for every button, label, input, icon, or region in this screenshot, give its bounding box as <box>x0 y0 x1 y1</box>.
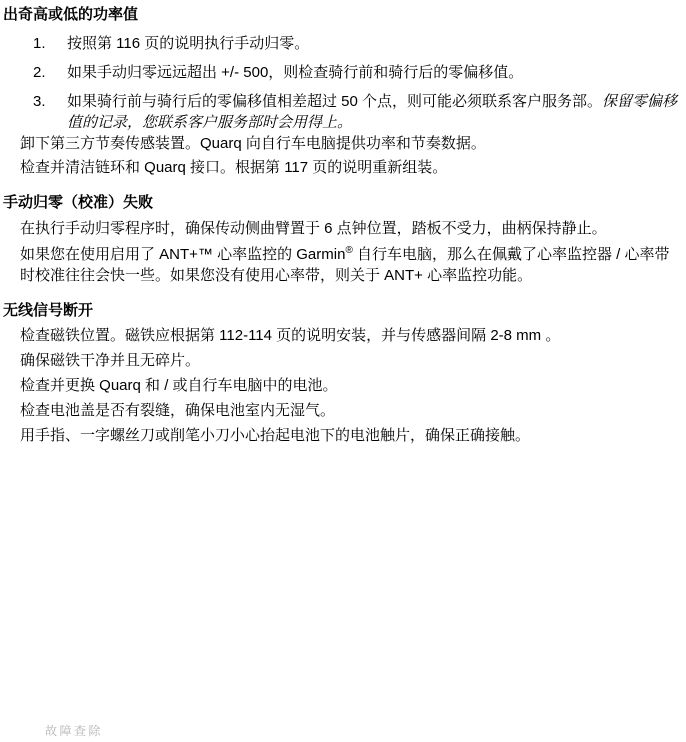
paragraph-clean-chainring: 检查并清洁链环和 Quarq 接口。根据第 117 页的说明重新组装。 <box>20 157 684 178</box>
paragraph-magnet-clean: 确保磁铁干净并且无碎片。 <box>20 350 684 371</box>
list-item-number: 2. <box>33 62 46 83</box>
section-heading-power-values: 出奇高或低的功率值 <box>3 4 684 25</box>
paragraph-battery-cover: 检查电池盖是否有裂缝，确保电池室内无湿气。 <box>20 400 684 421</box>
paragraph-magnet-position: 检查磁铁位置。磁铁应根据第 112-114 页的说明安装，并与传感器间隔 2-8… <box>20 325 684 346</box>
list-item-step-3: 3. 如果骑行前与骑行后的零偏移值相差超过 50 个点，则可能必须联系客户服务部… <box>20 91 684 133</box>
numbered-steps-list: 1. 按照第 116 页的说明执行手动归零。 2. 如果手动归零远远超出 +/-… <box>20 33 684 133</box>
footer-label: 故障查除 <box>45 724 103 738</box>
section-heading-manual-zero-fail: 手动归零（校准）失败 <box>3 192 684 213</box>
list-item-text: 如果骑行前与骑行后的零偏移值相差超过 50 个点，则可能必须联系客户服务部。 <box>67 93 602 110</box>
list-item-text: 如果手动归零远远超出 +/- 500，则检查骑行前和骑行后的零偏移值。 <box>67 64 523 81</box>
section-heading-wireless-disconnect: 无线信号断开 <box>3 300 684 321</box>
paragraph-crank-position: 在执行手动归零程序时，确保传动侧曲臂置于 6 点钟位置，踏板不受力，曲柄保持静止… <box>20 218 684 239</box>
paragraph-remove-cadence-sensor: 卸下第三方节奏传感装置。Quarq 向自行车电脑提供功率和节奏数据。 <box>20 133 684 154</box>
list-item-step-2: 2. 如果手动归零远远超出 +/- 500，则检查骑行前和骑行后的零偏移值。 <box>20 62 684 83</box>
list-item-number: 3. <box>33 91 46 112</box>
list-item-number: 1. <box>33 33 46 54</box>
list-item-text: 按照第 116 页的说明执行手动归零。 <box>67 35 309 52</box>
paragraph-battery-contact: 用手指、一字螺丝刀或削笔小刀小心抬起电池下的电池触片，确保正确接触。 <box>20 425 684 446</box>
paragraph-replace-batteries: 检查并更换 Quarq 和 / 或自行车电脑中的电池。 <box>20 375 684 396</box>
ant-paragraph-text-part1: 如果您在使用启用了 ANT+™ 心率监控的 Garmin <box>20 246 345 263</box>
paragraph-ant-heart-rate: 如果您在使用启用了 ANT+™ 心率监控的 Garmin® 自行车电脑，那么在佩… <box>20 244 684 286</box>
list-item-step-1: 1. 按照第 116 页的说明执行手动归零。 <box>20 33 684 54</box>
document-page: 出奇高或低的功率值 1. 按照第 116 页的说明执行手动归零。 2. 如果手动… <box>0 0 686 738</box>
registered-trademark-symbol: ® <box>345 245 352 256</box>
